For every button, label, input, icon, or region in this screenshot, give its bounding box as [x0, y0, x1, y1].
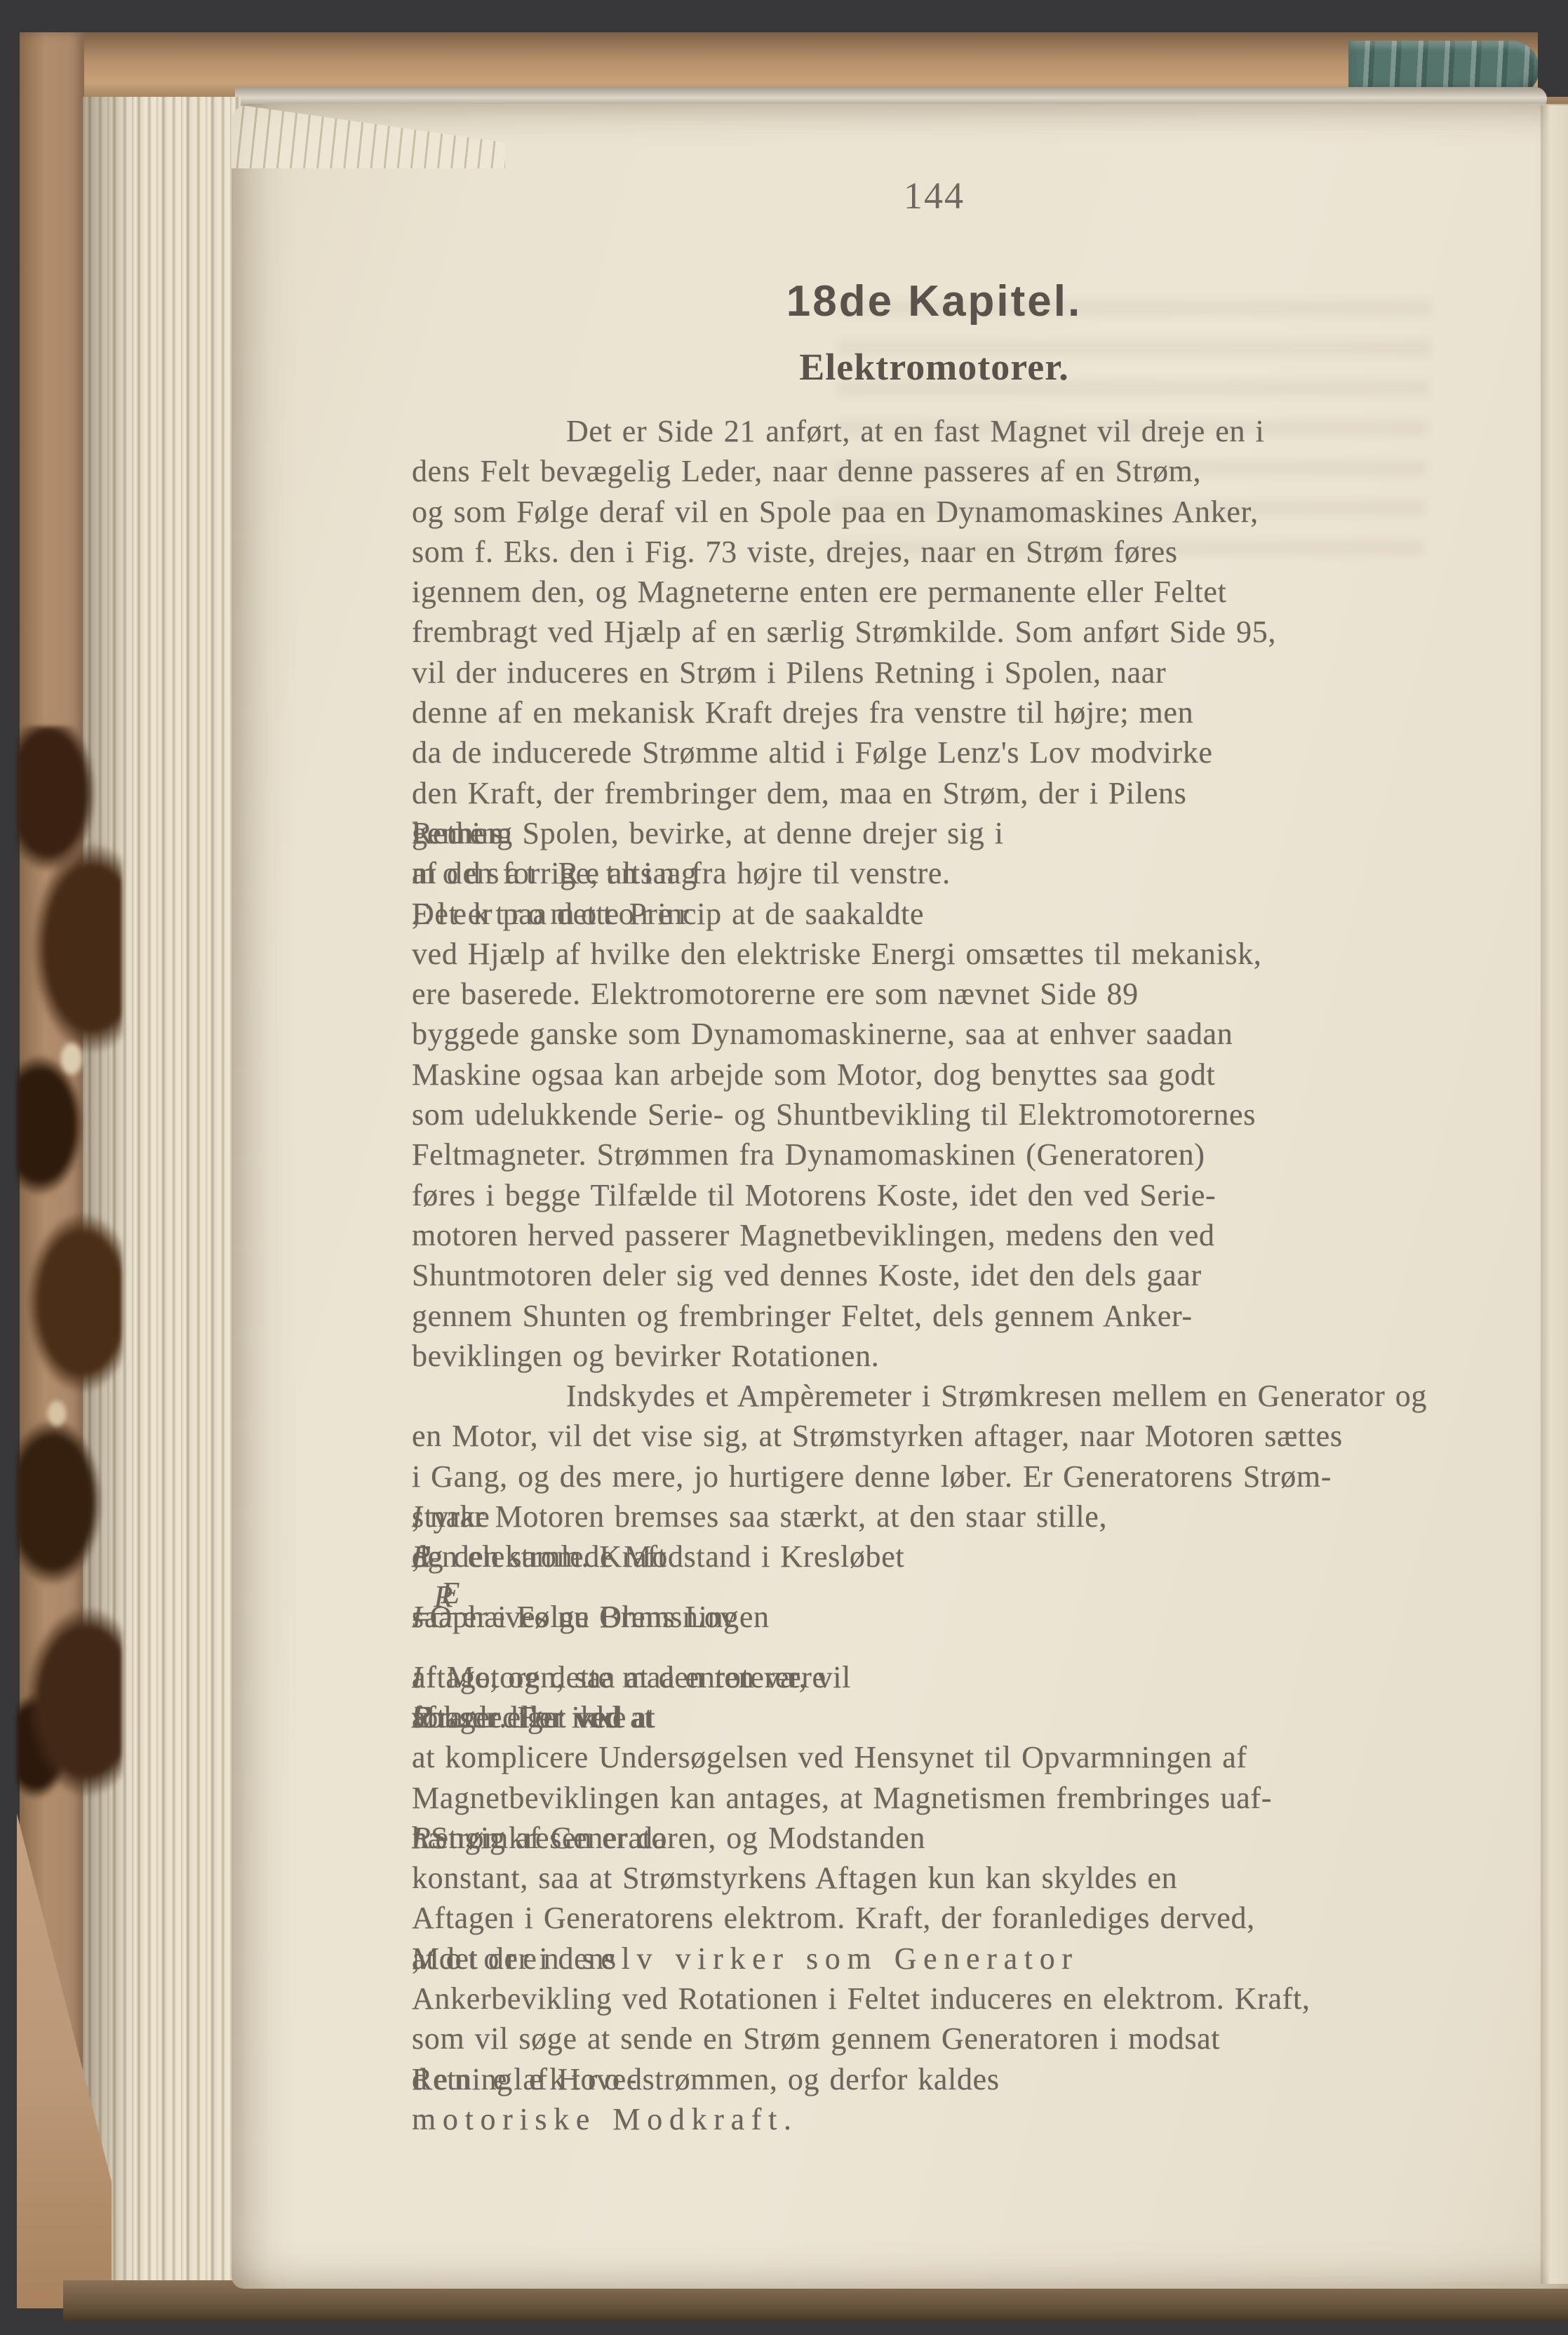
text-line: som f. Eks. den i Fig. 73 viste, drejes,…	[412, 532, 1456, 572]
text-line: vil der induceres en Strøm i Pilens Retn…	[412, 653, 1456, 693]
text-line: som udelukkende Serie- og Shuntbevikling…	[412, 1095, 1456, 1135]
text-line: Det er paa dette Princip at de saakaldte…	[412, 894, 1456, 934]
chapter-heading: 18de Kapitel.	[412, 276, 1456, 326]
text-line: Maskine ogsaa kan arbejde som Motor, dog…	[412, 1055, 1456, 1095]
text-line: den elektrom. Kraft E og den samlede Mod…	[412, 1537, 1456, 1577]
text-line: frembragt ved Hjælp af en særlig Strømki…	[412, 612, 1456, 652]
text-line: denne af en mekanisk Kraft drejes fra ve…	[412, 693, 1456, 732]
scanned-book-page: 144 18de Kapitel. Elektromotorer. Det er…	[0, 0, 1568, 2335]
text-line: hængig af Generatoren, og Modstanden R i…	[412, 1818, 1456, 1858]
text-line: af Motoren, saa at den roterer, vil I af…	[412, 1657, 1456, 1697]
text-line: at komplicere Undersøgelsen ved Hensynet…	[412, 1737, 1456, 1777]
text-line: Aftagen i Generatorens elektrom. Kraft, …	[412, 1898, 1456, 1938]
text-line: modsat Retning af den forrige, altsaa fr…	[412, 853, 1456, 893]
body-text: Det er Side 21 anført, at en fast Magnet…	[412, 411, 1456, 2139]
text-line: den Kraft, der frembringer dem, maa en S…	[412, 773, 1456, 813]
text-line: Feltmagneter. Strømmen fra Dynamomaskine…	[412, 1135, 1456, 1175]
text-line: konstant, saa at Strømstyrkens Aftagen k…	[412, 1858, 1456, 1898]
scan-corner-shadow	[1538, 0, 1568, 97]
text-line: motoren herved passerer Magnetbeviklinge…	[412, 1215, 1456, 1255]
page-corner-fan	[232, 104, 505, 168]
text-line: Ankerbevikling ved Rotationen i Feltet i…	[412, 1979, 1456, 2019]
book-page: 144 18de Kapitel. Elektromotorer. Det er…	[232, 104, 1568, 2289]
text-line: Magnetbeviklingen kan antages, at Magnet…	[412, 1778, 1456, 1818]
text-line: Retning af Hovedstrømmen, og derfor kald…	[412, 2059, 1456, 2099]
text-line: en Motor, vil det vise sig, at Strømstyr…	[412, 1416, 1456, 1456]
text-line: foranlediget ved at R vokser eller ved a…	[412, 1697, 1456, 1737]
text-line: igennem den, og Magneterne enten ere per…	[412, 572, 1456, 612]
next-page-edge	[1541, 105, 1568, 2284]
section-heading: Elektromotorer.	[412, 345, 1456, 389]
marbled-leather	[17, 726, 122, 1835]
text-line: Retning ledes gennem Spolen, bevirke, at…	[412, 813, 1456, 853]
text-line: styrke I, naar Motoren bremses saa stærk…	[412, 1497, 1456, 1537]
text-line: gennem Shunten og frembringer Feltet, de…	[412, 1296, 1456, 1336]
text-line: Indskydes et Ampèremeter i Strømkresen m…	[412, 1376, 1456, 1416]
formula-line: saa er i Følge Ohms Lov I = ER. Ophæves …	[412, 1577, 1456, 1657]
text-line: Shuntmotoren deler sig ved dennes Koste,…	[412, 1255, 1456, 1295]
text-line: Det er Side 21 anført, at en fast Magnet…	[412, 411, 1456, 451]
page-number: 144	[412, 174, 1456, 218]
text-line: ved Hjælp af hvilke den elektriske Energ…	[412, 934, 1456, 974]
text-line: ere baserede. Elektromotorerne ere som n…	[412, 974, 1456, 1014]
text-line: dens Felt bevægelig Leder, naar denne pa…	[412, 451, 1456, 491]
text-line: da de inducerede Strømme altid i Følge L…	[412, 732, 1456, 772]
text-line: som vil søge at sende en Strøm gennem Ge…	[412, 2019, 1456, 2059]
text-line: og som Følge deraf vil en Spole paa en D…	[412, 492, 1456, 532]
text-line: at Motoren selv virker som Generator, id…	[412, 1939, 1456, 1979]
text-line: motoriske Modkraft.	[412, 2099, 1456, 2139]
text-line: byggede ganske som Dynamomaskinerne, saa…	[412, 1014, 1456, 1054]
text-line: føres i begge Tilfælde til Motorens Kost…	[412, 1175, 1456, 1215]
text-line: i Gang, og des mere, jo hurtigere denne …	[412, 1457, 1456, 1497]
text-line: beviklingen og bevirker Rotationen.	[412, 1336, 1456, 1376]
